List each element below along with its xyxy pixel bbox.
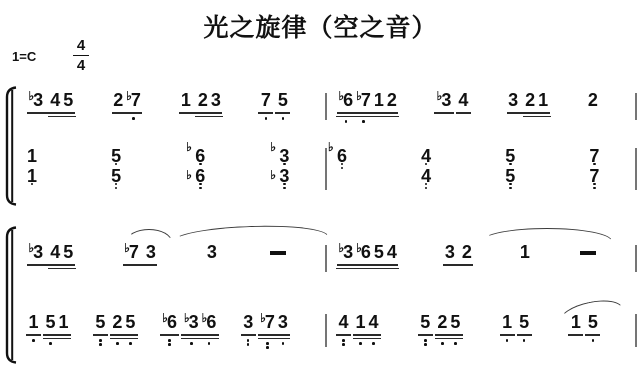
note-digit: 3 [343, 242, 353, 262]
note-unit [574, 242, 601, 263]
octave-dot [523, 339, 526, 342]
note-unit: 2 [458, 242, 475, 263]
beam-line [443, 264, 473, 266]
note: 5 [44, 312, 57, 333]
note: 5 [503, 146, 517, 166]
octave-dot [509, 163, 512, 166]
note-digit: 7 [129, 242, 139, 262]
beat-group: ♭6♭712 [335, 90, 400, 111]
beam-line [179, 112, 222, 114]
note-digit: 6 [361, 242, 371, 262]
note-digit: 5 [46, 312, 56, 332]
note-unit: 2♭7 [110, 90, 145, 111]
note: 1 [25, 146, 39, 166]
beam-line [110, 334, 138, 336]
note-unit: 3 [142, 242, 159, 263]
time-signature-numerator: 4 [73, 37, 89, 56]
note: 4 [419, 146, 433, 166]
octave-dot [593, 187, 596, 190]
dash-hold [270, 251, 286, 255]
octave-dot [592, 339, 595, 342]
beam-line [568, 334, 583, 336]
beam-line [258, 334, 291, 336]
beat-group: ♭345 [25, 90, 77, 111]
flat-icon: ♭ [162, 311, 168, 325]
note-digit: 4 [50, 242, 60, 262]
barline [635, 245, 637, 272]
beat-group: ♭73 [121, 242, 160, 263]
note-unit: 4 [455, 90, 472, 111]
beam-line [456, 112, 471, 114]
beat-group: ♭34 [433, 90, 472, 111]
beam-line [507, 112, 550, 114]
key-signature: 1=C [12, 49, 36, 64]
slur-arc [482, 228, 612, 241]
bass-chord: ♭6♭6 [193, 146, 207, 186]
beat-group: 2 [584, 90, 601, 111]
measure: ♭3452♭712375 [17, 90, 325, 111]
note: ♭7 [355, 90, 373, 111]
note-unit: 3 [441, 242, 458, 263]
flat-icon: ♭ [260, 311, 266, 325]
note-digit: 4 [369, 312, 379, 332]
note-digit: 1 [374, 90, 384, 110]
beam-line [123, 264, 158, 266]
octave-dot [593, 163, 596, 166]
octave-dot [454, 342, 457, 345]
barline [635, 93, 637, 120]
note-digit: 1 [520, 242, 530, 262]
note-unit: ♭3♭654 [335, 242, 400, 263]
beat-group: 32 [441, 242, 475, 263]
beam-line [160, 334, 180, 336]
note-digit: 6 [343, 90, 353, 110]
note: ♭6 [335, 146, 349, 166]
note: 4 [337, 312, 350, 333]
dash-hold [580, 251, 596, 255]
note: 1 [25, 166, 39, 186]
note: 5 [372, 242, 385, 263]
note: ♭6 [355, 242, 373, 263]
octave-dot [506, 339, 509, 342]
measure: 1155♭6♭6♭3♭3 [17, 146, 325, 186]
note: 3 [443, 242, 456, 263]
flat-icon: ♭ [328, 140, 334, 154]
note: ♭3 [27, 242, 45, 263]
beat-group: 123 [177, 90, 224, 111]
slur-arc [126, 229, 172, 242]
melody-line: ♭345♭733♭3♭654321 [4, 242, 637, 272]
beam-line [258, 112, 273, 114]
beam-line [336, 268, 399, 270]
beat-group: ♭345 [25, 242, 77, 263]
note: ♭6 [200, 312, 218, 333]
note: 2 [385, 90, 398, 111]
note-unit: ♭3 [25, 90, 47, 111]
beam-line [337, 112, 398, 114]
bass-chord: 55 [109, 146, 123, 186]
bass-chord: 44 [419, 146, 433, 186]
note-digit: 1 [29, 312, 39, 332]
octave-dot [99, 343, 102, 346]
note: 2 [586, 90, 599, 111]
note-digit: 2 [525, 90, 535, 110]
bass-chord: 55 [503, 146, 517, 186]
octave-dot [282, 342, 285, 345]
octave-dot [282, 117, 285, 120]
octave-dot [372, 342, 375, 345]
note: 3 [144, 242, 157, 263]
note-unit: 21 [522, 90, 552, 111]
beam-line [418, 334, 433, 336]
note: 4 [367, 312, 380, 333]
measure: 151525♭6♭3♭63♭73 [17, 312, 325, 333]
note: ♭3 [182, 312, 200, 333]
beam-line [195, 116, 223, 118]
octave-dot [283, 183, 286, 186]
note-digit: 2 [198, 90, 208, 110]
note-digit: 1 [59, 312, 69, 332]
note: 7 [587, 146, 601, 166]
note-unit: 45 [47, 90, 77, 111]
melody-line: ♭3452♭712375♭6♭712♭343212 [4, 90, 637, 120]
note-digit: 4 [339, 312, 349, 332]
flat-icon: ♭ [356, 241, 362, 255]
octave-dot [266, 342, 269, 345]
note: 5 [449, 312, 462, 333]
note: 1 [179, 90, 192, 111]
octave-dot [99, 339, 102, 342]
beam-line [241, 334, 256, 336]
note-unit: ♭7 [121, 242, 143, 263]
note-unit: 25 [434, 312, 464, 333]
note-unit: 51 [42, 312, 72, 333]
beat-group: 75 [257, 90, 291, 111]
note-digit: 5 [95, 312, 105, 332]
note-digit: 3 [508, 90, 518, 110]
note: ♭6 [193, 166, 207, 186]
flat-icon: ♭ [339, 241, 345, 255]
note: 1 [518, 242, 531, 263]
note-digit: 6 [167, 312, 177, 332]
note-unit: 5 [274, 90, 291, 111]
note-unit: 3 [203, 242, 220, 263]
note-digit: 1 [27, 146, 37, 166]
beat-group: 2♭7 [110, 90, 145, 111]
note: 4 [385, 242, 398, 263]
note: 4 [419, 166, 433, 186]
octave-dot [359, 342, 362, 345]
octave-dot [266, 346, 269, 349]
flat-icon: ♭ [29, 89, 35, 103]
bass-chord: 77 [587, 146, 601, 186]
beat-group: 151 [25, 312, 72, 333]
beat-group: 1 [516, 242, 533, 263]
note: 3 [209, 90, 222, 111]
flat-icon: ♭ [186, 140, 192, 154]
note: 5 [109, 166, 123, 186]
note-unit: 5 [92, 312, 109, 333]
beat-group: 321 [505, 90, 552, 111]
accompaniment-line: 1155♭6♭6♭3♭3♭6445577 [4, 146, 637, 190]
note-unit: 25 [109, 312, 139, 333]
note: 7 [587, 166, 601, 186]
note: 1 [501, 312, 514, 333]
note-digit: 7 [131, 90, 141, 110]
note: ♭7 [125, 90, 143, 111]
beam-line [48, 268, 76, 270]
beam-line [181, 338, 218, 340]
note-digit: 3 [207, 242, 217, 262]
song-title: 光之旋律（空之音） [0, 8, 641, 44]
note-digit: 3 [243, 312, 253, 332]
note-digit: 5 [374, 242, 384, 262]
octave-dot [345, 120, 348, 123]
octave-dot [199, 163, 202, 166]
note: ♭3 [27, 90, 45, 111]
octave-dot [190, 342, 193, 345]
octave-dot [593, 183, 596, 186]
beam-line [275, 112, 290, 114]
note-digit: 2 [112, 312, 122, 332]
note-digit: 5 [420, 312, 430, 332]
flat-icon: ♭ [356, 89, 362, 103]
beam-line [337, 264, 398, 266]
bass-chord: ♭6 [335, 146, 349, 186]
beam-line [93, 334, 108, 336]
note-unit: 1 [499, 312, 516, 333]
beat-group [264, 242, 291, 263]
note: 2 [436, 312, 449, 333]
beat-group: 525 [417, 312, 464, 333]
beat-group: 3 [203, 242, 220, 263]
note: 7 [259, 90, 272, 111]
measure: ♭6♭712♭343212 [327, 90, 635, 111]
beam-line [517, 334, 532, 336]
note-digit: 5 [278, 90, 288, 110]
note-unit: ♭3 [25, 242, 47, 263]
note: ♭7 [259, 312, 277, 333]
octave-dot [199, 187, 202, 190]
bass-chord: ♭3♭3 [277, 146, 291, 186]
beam-line [26, 334, 41, 336]
note-digit: 5 [125, 312, 135, 332]
note: 1 [537, 90, 550, 111]
note-digit: 1 [356, 312, 366, 332]
flat-icon: ♭ [184, 311, 190, 325]
note-digit: 4 [50, 90, 60, 110]
note-unit: 3 [505, 90, 522, 111]
note-digit: 2 [437, 312, 447, 332]
note: 5 [503, 166, 517, 186]
octave-dot [32, 339, 35, 342]
note: 1 [27, 312, 40, 333]
beat-group: 414 [335, 312, 382, 333]
note-unit: 5 [417, 312, 434, 333]
note-digit: 1 [181, 90, 191, 110]
note: 1 [354, 312, 367, 333]
note-digit: 3 [33, 90, 43, 110]
octave-dot [362, 120, 365, 123]
octave-dot [424, 343, 427, 346]
beam-line [585, 334, 600, 336]
octave-dot [283, 187, 286, 190]
note: ♭6 [161, 312, 179, 333]
beam-line [181, 334, 218, 336]
flat-icon: ♭ [437, 89, 443, 103]
beam-line [48, 116, 76, 118]
octave-dot [132, 117, 135, 120]
octave-dot [509, 187, 512, 190]
note-digit: 1 [502, 312, 512, 332]
note-digit: 6 [206, 312, 216, 332]
beam-line [435, 338, 463, 340]
measure: ♭6445577 [327, 146, 635, 186]
note: 3 [242, 312, 255, 333]
octave-dot [208, 342, 211, 345]
note-digit: 3 [441, 90, 451, 110]
note: 5 [419, 312, 432, 333]
beam-line [434, 112, 454, 114]
note-unit: 3 [240, 312, 257, 333]
note: 5 [94, 312, 107, 333]
octave-dot [168, 339, 171, 342]
note: 2 [524, 90, 537, 111]
note: ♭3 [277, 166, 291, 186]
note-digit: 2 [113, 90, 123, 110]
measure: ♭345♭733 [17, 242, 325, 263]
note-unit: ♭73 [257, 312, 292, 333]
octave-dot [509, 183, 512, 186]
beam-line [258, 338, 291, 340]
system-2: ♭345♭733♭3♭654321151525♭6♭3♭63♭734145251… [0, 224, 641, 366]
bass-chord: 11 [25, 146, 39, 186]
beam-line [43, 334, 71, 336]
barline [635, 314, 637, 347]
dash-note [266, 242, 289, 263]
accompaniment-line: 151525♭6♭3♭63♭734145251515 [4, 312, 637, 347]
note: 2 [196, 90, 209, 111]
note-unit: 45 [47, 242, 77, 263]
beat-group: ♭6♭3♭6 [159, 312, 220, 333]
beam-line [27, 112, 75, 114]
note: 3 [276, 312, 289, 333]
beam-line [27, 264, 75, 266]
note-unit: 2 [584, 90, 601, 111]
note: 5 [109, 146, 123, 166]
octave-dot [129, 342, 132, 345]
note-unit: 5 [516, 312, 533, 333]
note-digit: 2 [588, 90, 598, 110]
note-digit: 4 [458, 90, 468, 110]
octave-dot [49, 342, 52, 345]
flat-icon: ♭ [270, 168, 276, 182]
note-unit: ♭6 [159, 312, 181, 333]
dash-note [576, 242, 599, 263]
note-unit: ♭3 [433, 90, 455, 111]
beam-line [110, 338, 138, 340]
flat-icon: ♭ [124, 241, 130, 255]
note: ♭6 [337, 90, 355, 111]
beam-line [353, 338, 381, 340]
note: 3 [205, 242, 218, 263]
note-digit: 1 [538, 90, 548, 110]
note: 5 [124, 312, 137, 333]
flat-icon: ♭ [29, 241, 35, 255]
note: 4 [457, 90, 470, 111]
note-unit: 1 [516, 242, 533, 263]
beat-group [574, 242, 601, 263]
note: 1 [372, 90, 385, 111]
beam-line [336, 334, 351, 336]
note: 3 [507, 90, 520, 111]
note: 1 [57, 312, 70, 333]
note: ♭7 [123, 242, 141, 263]
system-1: ♭3452♭712375♭6♭712♭3432121155♭6♭6♭3♭3♭64… [0, 84, 641, 208]
note: 4 [49, 242, 62, 263]
octave-dot [199, 183, 202, 186]
octave-dot [247, 343, 250, 346]
note: 5 [62, 90, 75, 111]
note-digit: 5 [63, 242, 73, 262]
beam-line [523, 116, 551, 118]
flat-icon: ♭ [186, 168, 192, 182]
note: ♭3 [337, 242, 355, 263]
slur-arc [172, 223, 328, 241]
note-digit: 2 [462, 242, 472, 262]
note: 2 [112, 90, 125, 111]
beam-line [435, 334, 463, 336]
flat-icon: ♭ [202, 311, 208, 325]
octave-dot [115, 187, 118, 190]
note-digit: 3 [146, 242, 156, 262]
note-unit: ♭6♭712 [335, 90, 400, 111]
time-signature: 4 4 [70, 37, 92, 75]
octave-dot [265, 117, 268, 120]
note: 5 [518, 312, 531, 333]
flat-icon: ♭ [126, 89, 132, 103]
beam-line [336, 116, 399, 118]
note-digit: 3 [189, 312, 199, 332]
flat-icon: ♭ [339, 89, 345, 103]
note-unit [264, 242, 291, 263]
octave-dot [441, 342, 444, 345]
note-unit: 7 [257, 90, 274, 111]
note: ♭3 [435, 90, 453, 111]
beat-group: 3♭73 [240, 312, 292, 333]
octave-dot [341, 167, 344, 170]
octave-dot [342, 339, 345, 342]
note-digit: 3 [211, 90, 221, 110]
octave-dot [168, 343, 171, 346]
note-unit: 23 [194, 90, 224, 111]
beat-group: 525 [92, 312, 139, 333]
time-signature-denominator: 4 [70, 56, 92, 74]
octave-dot [283, 163, 286, 166]
beat-group: ♭3♭654 [335, 242, 400, 263]
note-digit: 5 [450, 312, 460, 332]
note-unit: ♭3♭6 [180, 312, 219, 333]
note-unit: 1 [25, 312, 42, 333]
beam-line [353, 334, 381, 336]
octave-dot [116, 342, 119, 345]
note-digit: 3 [33, 242, 43, 262]
note-unit: 1 [177, 90, 194, 111]
octave-dot [425, 187, 428, 190]
note-digit: 2 [387, 90, 397, 110]
beam-line [43, 338, 71, 340]
flat-icon: ♭ [270, 140, 276, 154]
